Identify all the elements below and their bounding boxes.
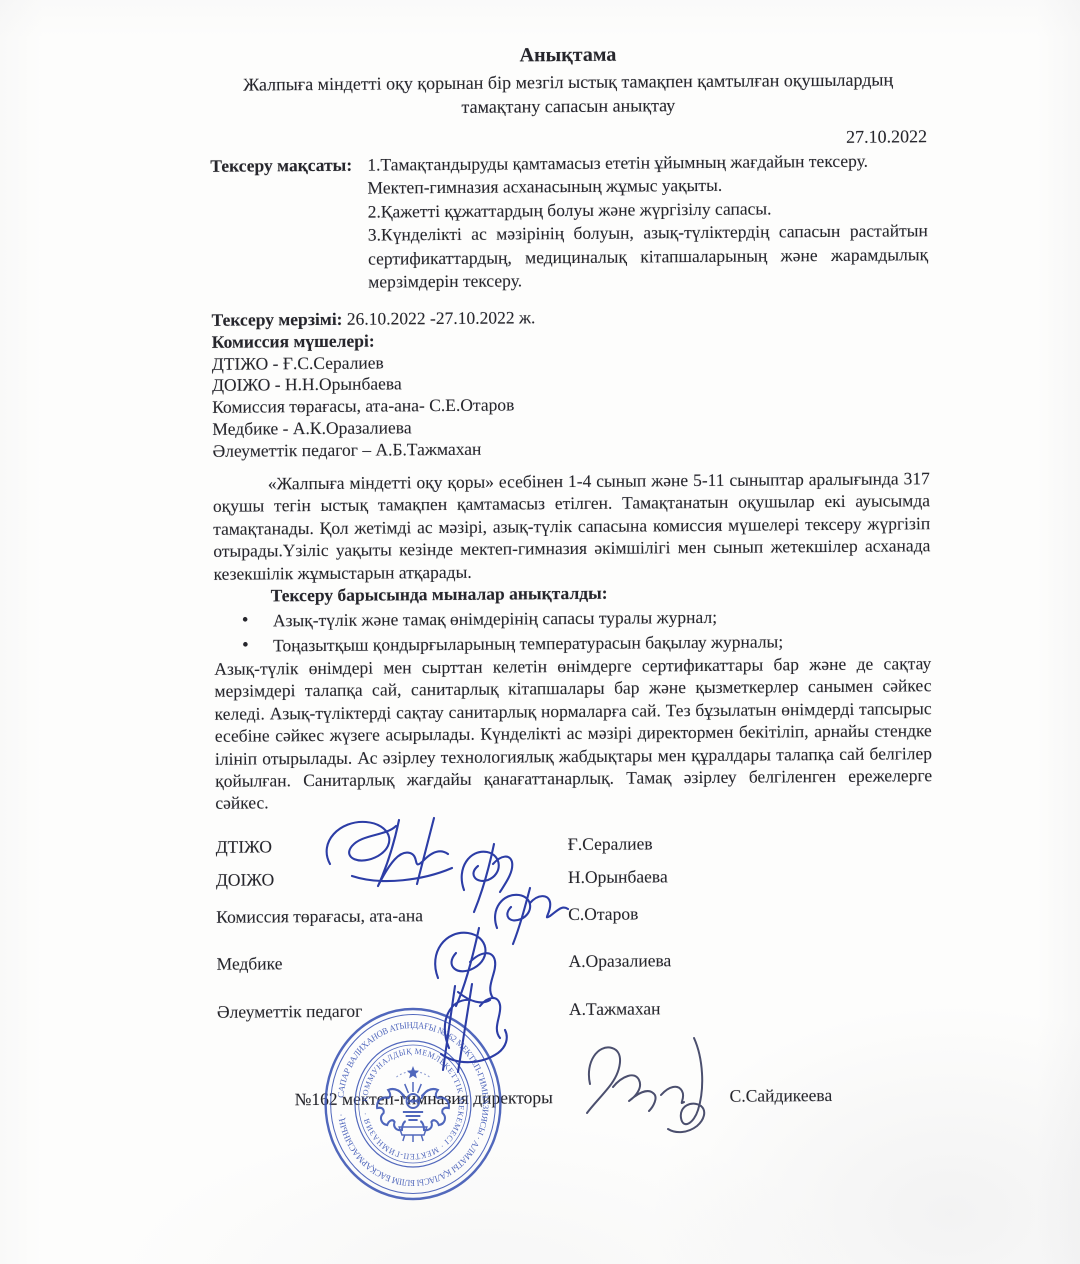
findings-bullets: Азық-түлік және тамақ өнімдерінің сапасы… (214, 603, 931, 658)
signature-name: Ғ.Сералиев (568, 832, 653, 855)
signature-row-pedagog: Әлеуметтік педагог А.Тажмахан (217, 995, 934, 1023)
term-value: 26.10.2022 -27.10.2022 ж. (347, 307, 536, 328)
commission-section: Тексеру мерзімі: 26.10.2022 -27.10.2022 … (211, 304, 929, 462)
conclusion-paragraph: Азық-түлік өнімдері мен сырттан келетін … (214, 652, 932, 814)
signature-row-director: №162 мектеп-гимназия директоры С.Сайдике… (218, 1083, 935, 1089)
commission-member: Әлеуметтік педагог – А.Б.Тажмахан (212, 435, 929, 462)
document-date: 27.10.2022 (210, 125, 927, 153)
signature-role: Медбике (217, 953, 283, 974)
signature-role: ДОІЖО (216, 869, 274, 889)
purpose-items: 1.Тамақтандыруды қамтамасыз ететін ұйымн… (367, 149, 928, 294)
document-content: Анықтама Жалпыға міндетті оқу қорынан бі… (209, 0, 936, 1264)
signature-role: ДТІЖО (216, 836, 272, 856)
signature-name: А.Оразалиева (568, 949, 671, 972)
signature-row-chairman: Комиссия төрағасы, ата-ана С.Отаров (216, 900, 933, 928)
signature-role: Комиссия төрағасы, ата-ана (216, 905, 423, 927)
scanned-document-page: Анықтама Жалпыға міндетті оқу қорынан бі… (0, 0, 1080, 1264)
signature-row-dtizho: ДТІЖО Ғ.Сералиев (216, 830, 933, 858)
document-subtitle: Жалпыға міндетті оқу қорынан бір мезгіл … (210, 68, 927, 121)
signature-role: Әлеуметтік педагог (217, 1001, 362, 1022)
purpose-item-3: 3.Күнделікті ас мәзірінің болуын, азық-т… (368, 219, 929, 294)
document-title: Анықтама (209, 41, 926, 69)
signature-row-nurse: Медбике А.Оразалиева (217, 947, 934, 975)
purpose-item-1: 1.Тамақтандыруды қамтамасыз ететін ұйымн… (367, 149, 927, 177)
director-role: №162 мектеп-гимназия директоры (295, 1086, 553, 1110)
purpose-section: Тексеру мақсаты: 1.Тамақтандыруды қамтам… (210, 149, 928, 295)
term-label: Тексеру мерзімі: (211, 309, 342, 330)
purpose-label: Тексеру мақсаты: (210, 154, 352, 179)
signature-name: А.Тажмахан (569, 997, 661, 1020)
signature-row-doizho: ДОІЖО Н.Орынбаева (216, 863, 933, 891)
signature-name: Н.Орынбаева (568, 865, 668, 888)
director-name: С.Сайдикеева (730, 1084, 833, 1107)
body-paragraph: «Жалпыға міндетті оқу қоры» есебінен 1-4… (213, 467, 931, 585)
signature-name: С.Отаров (568, 902, 638, 925)
